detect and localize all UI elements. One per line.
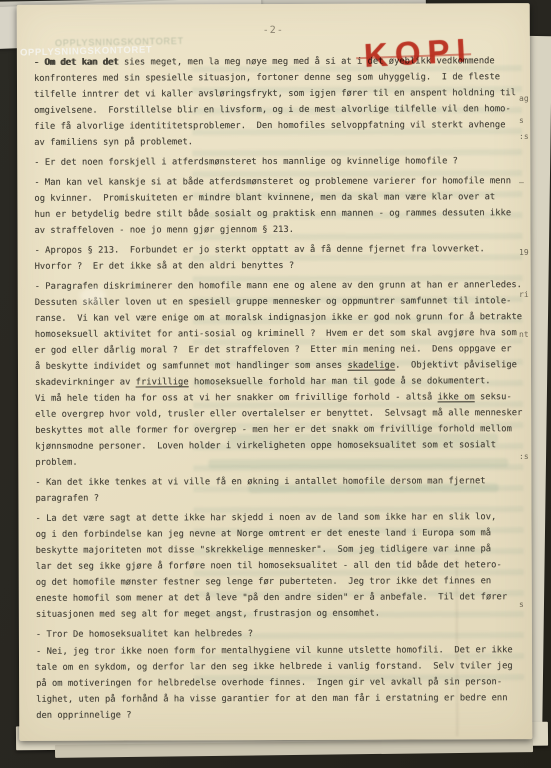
text-line: file få alvorlige identititetsproblemer.…	[34, 117, 521, 135]
text-segment: homoseksuell aktivitet for anti-sosial o…	[35, 328, 517, 340]
paper-smudge	[80, 288, 106, 304]
document-page: -2- - Om det kan det sies meget, men la …	[17, 3, 533, 741]
text-segment: den opprinnelige ?	[36, 711, 131, 721]
text-line: hun er betydelig bedre stilt både sosial…	[34, 205, 521, 223]
text-line: - Tror De homoseksualitet kan helbredes …	[36, 625, 523, 643]
text-segment: beskyttes mot alle former for overgrep -…	[35, 424, 512, 436]
text-segment: - Om det kan det	[34, 58, 119, 68]
text-segment: kjønnsmodne personer. Loven holder i vir…	[35, 440, 496, 452]
paragraph-answer: - Nei, jeg tror ikke noen form for menta…	[36, 642, 524, 724]
text-segment: skadevirkninger av	[35, 377, 136, 387]
text-segment: lighet, uten på forhånd å ha visse garan…	[36, 693, 507, 705]
text-segment: eneste homofil som mener at det å leve "…	[36, 592, 507, 604]
text-line: - Apropos § 213. Forbundet er jo sterkt …	[35, 241, 522, 259]
text-line: - Nei, jeg tror ikke noen form for menta…	[36, 642, 523, 660]
text-line: problem.	[35, 453, 522, 471]
text-segment: å beskytte individet og samfunnet mot ha…	[35, 361, 348, 372]
text-segment: - Kan det ikke tenkes at vi ville få en …	[35, 476, 485, 488]
text-line: tilfelle inntrer det vi kaller avsløring…	[34, 85, 521, 103]
text-line: beskyttes mot alle former for overgrep -…	[35, 421, 522, 439]
paragraph-question: - Kan det ikke tenkes at vi ville få en …	[35, 473, 522, 507]
text-segment: frivillige	[136, 377, 189, 387]
text-segment: paragrafen ?	[35, 494, 99, 504]
text-segment: omgivelsene. Forstillelse blir en livsfo…	[34, 104, 511, 116]
text-line: lighet, uten på forhånd å ha visse garan…	[36, 690, 523, 708]
text-segment: Vi må hele tiden ha for oss at vi her sn…	[35, 392, 438, 403]
text-segment: - Man kan vel kanskje si at både atferds…	[34, 176, 511, 188]
text-segment: homoseksuelle forhold har man til gode å…	[189, 376, 491, 387]
text-line: kjønnsmodne personer. Loven holder i vir…	[35, 437, 522, 455]
text-line: elle overgrep hvor vold, trusler eller o…	[35, 405, 522, 423]
text-line: omgivelsene. Forstillelse blir en livsfo…	[34, 101, 521, 119]
text-segment: og i den forbindelse kan jeg nevne at No…	[36, 528, 492, 540]
text-line: - Paragrafen diskriminerer den homofile …	[35, 277, 522, 295]
text-line: er god eller dårlig moral ? Er det straf…	[35, 341, 522, 359]
text-segment: ranse. Vi kan vel være enige om at moral…	[35, 312, 522, 324]
text-segment: tilfelle inntrer det vi kaller avsløring…	[34, 88, 516, 100]
text-segment: på om motiveringen for helbredelse overh…	[36, 677, 502, 689]
text-line: konfronteres med sin spesielle situasjon…	[34, 69, 521, 87]
photo-background: -2- - Om det kan det sies meget, men la …	[0, 0, 551, 768]
text-segment: og kvinner. Promiskuiteten er mindre bla…	[34, 192, 495, 204]
text-line: og kvinner. Promiskuiteten er mindre bla…	[34, 189, 521, 207]
text-line: den opprinnelige ?	[36, 706, 523, 724]
text-segment: Dessuten skåller loven ut en spesiell gr…	[35, 296, 512, 308]
text-segment: av straffeloven - noe jo menn gjør gjenn…	[34, 225, 294, 236]
text-segment: av familiens syn på problemet.	[34, 137, 193, 148]
text-segment: Hvorfor ? Er det ikke så at den aldri be…	[35, 261, 295, 272]
text-segment: skadelige	[347, 361, 395, 371]
document-body: - Om det kan det sies meget, men la meg …	[34, 53, 524, 724]
text-line: skadevirkninger av frivillige homoseksue…	[35, 373, 522, 391]
paragraph-answer: - Man kan vel kanskje si at både atferds…	[34, 173, 521, 239]
text-segment: . Objektivt påviselige	[395, 360, 517, 370]
text-line: på om motiveringen for helbredelse overh…	[36, 674, 523, 692]
text-segment: og det homofile mønster festner seg leng…	[36, 576, 492, 588]
text-line: og i den forbindelse kan jeg nevne at No…	[36, 525, 523, 543]
text-line: situasjonen med seg alt for meget angst,…	[36, 605, 523, 623]
text-line: ranse. Vi kan vel være enige om at moral…	[35, 309, 522, 327]
text-line: beskytte majoriteten mot disse "skrekkel…	[36, 541, 523, 559]
text-segment: er god eller dårlig moral ? Er det straf…	[35, 344, 512, 356]
text-segment: - Paragrafen diskriminerer den homofile …	[35, 280, 522, 292]
text-line: - La det være sagt at dette ikke har skj…	[35, 509, 522, 527]
text-line: paragrafen ?	[35, 489, 522, 507]
text-segment: elle overgrep hvor vold, trusler eller o…	[35, 408, 522, 420]
text-segment: problem.	[35, 458, 77, 468]
text-segment: - La det være sagt at dette ikke har skj…	[35, 512, 496, 524]
text-segment: ikke om	[438, 392, 475, 402]
text-line: Dessuten skåller loven ut en spesiell gr…	[35, 293, 522, 311]
text-segment: konfronteres med sin spesielle situasjon…	[34, 72, 500, 84]
text-segment: beskytte majoriteten mot disse "skrekkel…	[36, 544, 492, 556]
paragraph-question: - Tror De homoseksualitet kan helbredes …	[36, 625, 523, 643]
text-segment: lar det seg ikke gjøre å forføre noen ti…	[36, 560, 502, 572]
text-line: - Kan det ikke tenkes at vi ville få en …	[35, 473, 522, 491]
text-line: - Man kan vel kanskje si at både atferds…	[34, 173, 521, 191]
text-line: tale om en sykdom, og derfor lar den seg…	[36, 658, 523, 676]
text-line: Vi må hele tiden ha for oss at vi her sn…	[35, 389, 522, 407]
text-line: lar det seg ikke gjøre å forføre noen ti…	[36, 557, 523, 575]
text-segment: - Er det noen forskjell i atferdsmønster…	[34, 156, 458, 167]
text-line: Hvorfor ? Er det ikke så at den aldri be…	[35, 257, 522, 275]
paragraph-answer: - Paragrafen diskriminerer den homofile …	[35, 277, 523, 471]
copy-stamp: KOPI	[363, 31, 474, 75]
text-line: eneste homofil som mener at det å leve "…	[36, 589, 523, 607]
text-line: - Er det noen forskjell i atferdsmønster…	[34, 153, 521, 171]
paragraph-question: - Apropos § 213. Forbundet er jo sterkt …	[35, 241, 522, 275]
text-segment: seksu-	[475, 392, 512, 402]
text-segment: - Tror De homoseksualitet kan helbredes …	[36, 629, 253, 640]
text-segment: situasjonen med seg alt for meget angst,…	[36, 609, 380, 620]
text-segment: - Apropos § 213. Forbundet er jo sterkt …	[35, 244, 485, 256]
paragraph-answer: - La det være sagt at dette ikke har skj…	[35, 509, 523, 623]
text-line: og det homofile mønster festner seg leng…	[36, 573, 523, 591]
paragraph-question: - Er det noen forskjell i atferdsmønster…	[34, 153, 521, 171]
text-segment: tale om en sykdom, og derfor lar den seg…	[36, 661, 513, 673]
text-line: av straffeloven - noe jo menn gjør gjenn…	[34, 221, 521, 239]
text-segment: - Nei, jeg tror ikke noen form for menta…	[36, 645, 513, 657]
text-segment: hun er betydelig bedre stilt både sosial…	[34, 208, 511, 220]
text-line: å beskytte individet og samfunnet mot ha…	[35, 357, 522, 375]
text-line: av familiens syn på problemet.	[34, 133, 521, 151]
text-segment: file få alvorlige identititetsproblemer.…	[34, 120, 505, 132]
text-line: homoseksuell aktivitet for anti-sosial o…	[35, 325, 522, 343]
